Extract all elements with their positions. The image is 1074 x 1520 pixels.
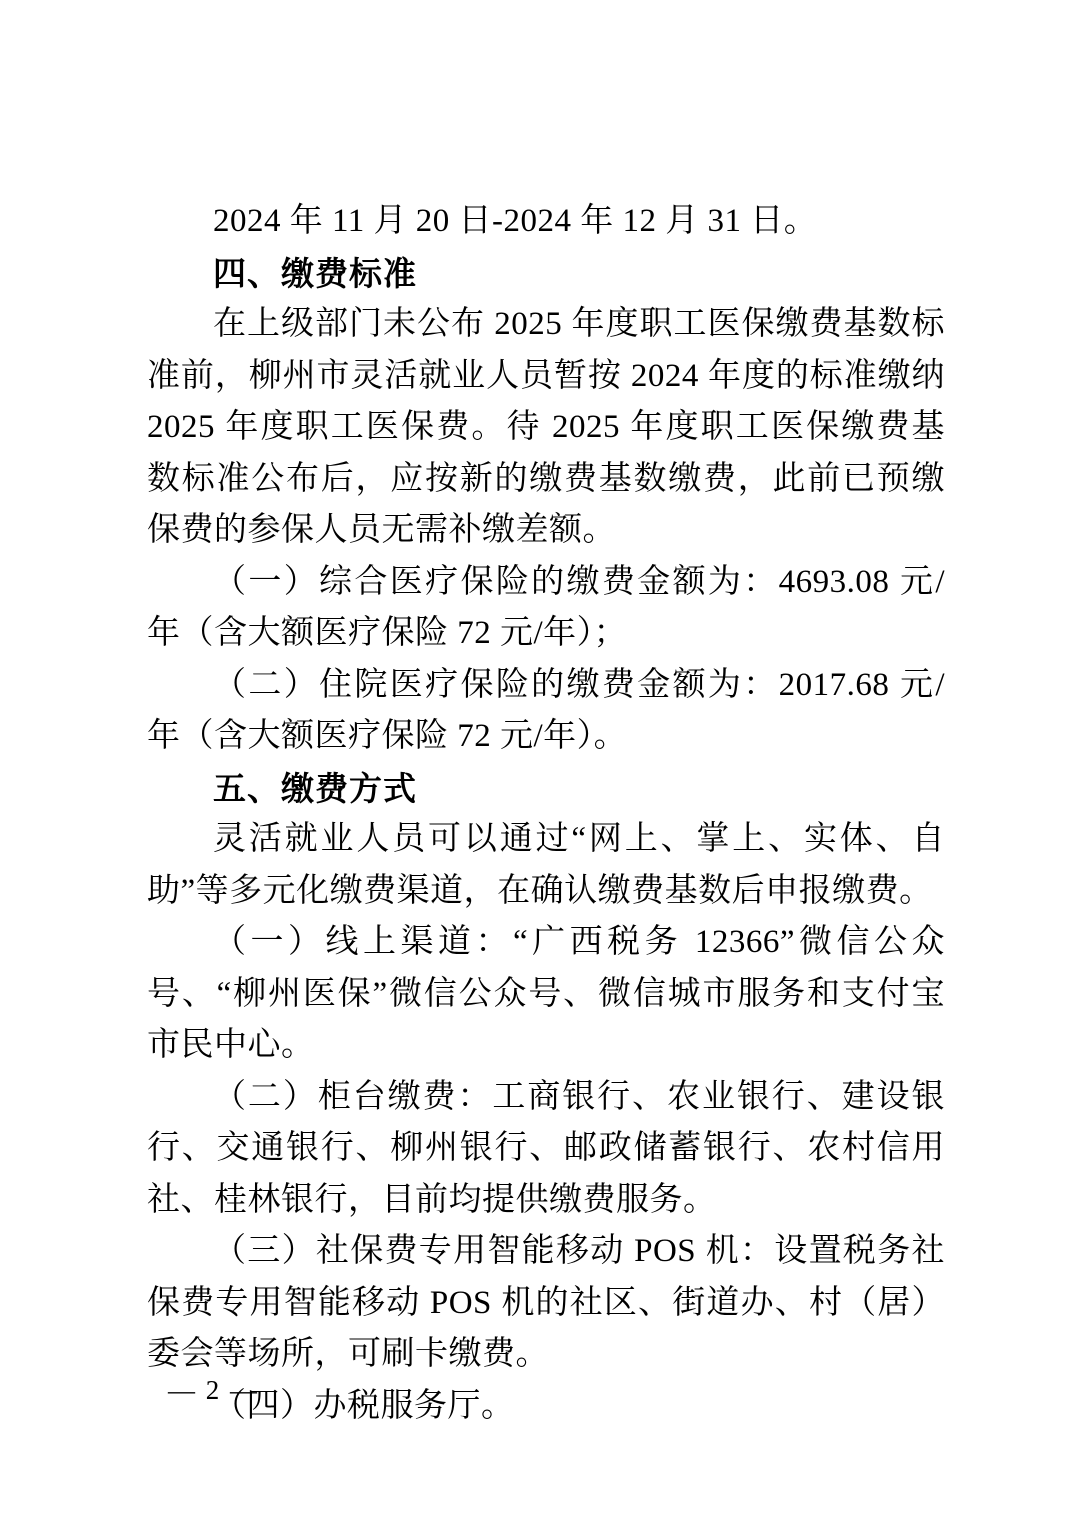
paragraph-method-intro: 灵活就业人员可以通过“网上、掌上、实体、自助”等多元化缴费渠道，在确认缴费基数后… <box>147 814 945 917</box>
paragraph-pos-machine: （三）社保费专用智能移动 POS 机：设置税务社保费专用智能移动 POS 机的社… <box>147 1226 945 1381</box>
page-number: — 2 — <box>168 1374 259 1406</box>
paragraph-online-channels: （一）线上渠道：“广西税务 12366”微信公众号、“柳州医保”微信公众号、微信… <box>147 917 945 1072</box>
document-page: 2024 年 11 月 20 日-2024 年 12 月 31 日。 四、缴费标… <box>0 0 1074 1520</box>
paragraph-payment-period: 2024 年 11 月 20 日-2024 年 12 月 31 日。 <box>147 196 945 248</box>
section-heading-payment-standard: 四、缴费标准 <box>147 248 945 300</box>
paragraph-hospitalization-insurance-amount: （二）住院医疗保险的缴费金额为：2017.68 元/年（含大额医疗保险 72 元… <box>147 660 945 763</box>
paragraph-standard-intro: 在上级部门未公布 2025 年度职工医保缴费基数标准前，柳州市灵活就业人员暂按 … <box>147 299 945 557</box>
section-heading-payment-method: 五、缴费方式 <box>147 763 945 815</box>
document-body: 2024 年 11 月 20 日-2024 年 12 月 31 日。 四、缴费标… <box>147 196 945 1432</box>
paragraph-comprehensive-insurance-amount: （一）综合医疗保险的缴费金额为：4693.08 元/年（含大额医疗保险 72 元… <box>147 557 945 660</box>
paragraph-counter-payment: （二）柜台缴费：工商银行、农业银行、建设银行、交通银行、柳州银行、邮政储蓄银行、… <box>147 1072 945 1227</box>
paragraph-tax-service-hall: （四）办税服务厅。 <box>147 1381 945 1433</box>
